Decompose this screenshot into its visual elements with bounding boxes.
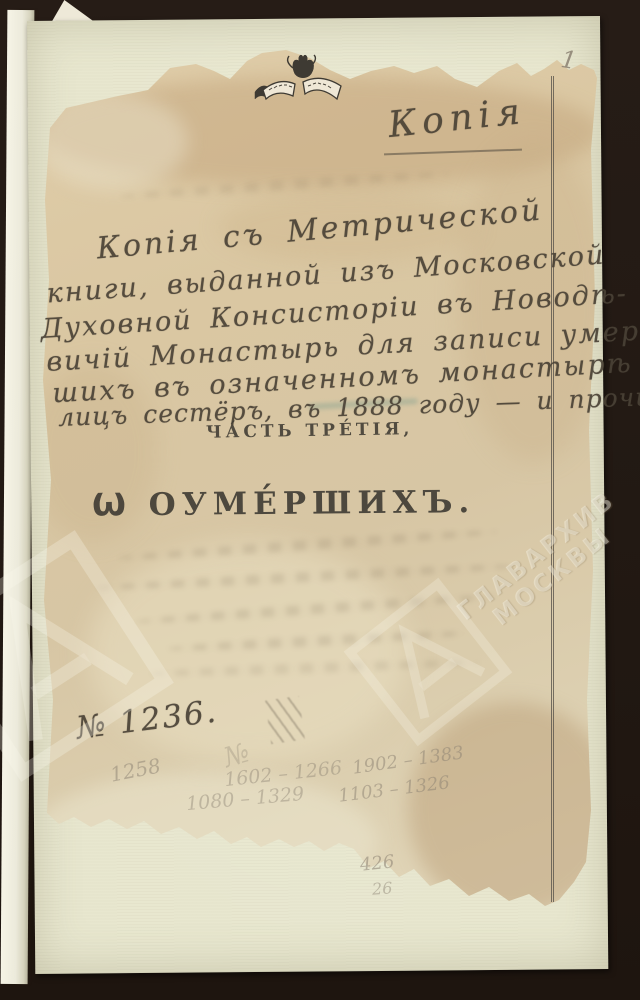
archival-scan: { "doc": { "page_number": "1", "copy_not… [0,0,640,1000]
eagle-ribbon-vignette-icon [253,44,349,110]
part-heading: ЧА́СТЬ ТРЕ́ТІЯ, [206,419,406,442]
ruled-margin-line [551,76,554,902]
pencil-note: 426 [359,851,395,875]
torn-document [38,42,602,922]
section-heading: Ѡ ОУМЕ́РШИХЪ. [92,485,432,524]
pencil-note: 26 [371,878,393,898]
pencil-tick-marks [265,696,305,744]
